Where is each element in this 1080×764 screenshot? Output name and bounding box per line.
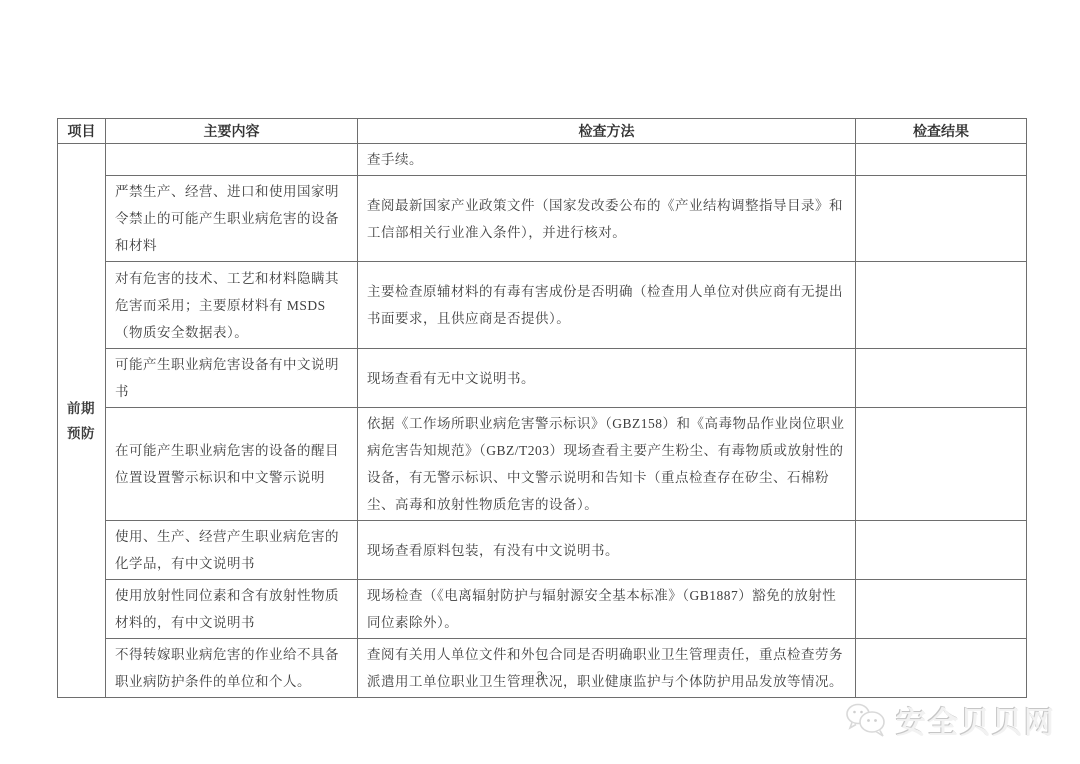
header-inspection-method: 检查方法 xyxy=(358,119,856,144)
table-row: 在可能产生职业病危害的设备的醒目位置设置警示标识和中文警示说明 依据《工作场所职… xyxy=(58,408,1027,521)
header-main-content: 主要内容 xyxy=(106,119,358,144)
cell-result xyxy=(856,176,1027,262)
cell-content: 对有危害的技术、工艺和材料隐瞒其危害而采用；主要原材料有 MSDS（物质安全数据… xyxy=(106,262,358,349)
cell-content xyxy=(106,144,358,176)
cell-result xyxy=(856,580,1027,639)
cell-content: 可能产生职业病危害设备有中文说明书 xyxy=(106,349,358,408)
cell-content: 严禁生产、经营、进口和使用国家明令禁止的可能产生职业病危害的设备和材料 xyxy=(106,176,358,262)
category-cell-early-prevention: 前期 预防 xyxy=(58,144,106,698)
table-row: 可能产生职业病危害设备有中文说明书 现场查看有无中文说明书。 xyxy=(58,349,1027,408)
scanned-document-page: { "table": { "headers": ["项目", "主要内容", "… xyxy=(0,0,1080,764)
cell-content: 使用、生产、经营产生职业病危害的化学品，有中文说明书 xyxy=(106,521,358,580)
cell-result xyxy=(856,408,1027,521)
table-row: 使用、生产、经营产生职业病危害的化学品，有中文说明书 现场查看原料包装，有没有中… xyxy=(58,521,1027,580)
cell-method: 现场查看有无中文说明书。 xyxy=(358,349,856,408)
cell-result xyxy=(856,262,1027,349)
table-row: 前期 预防 查手续。 xyxy=(58,144,1027,176)
cell-method: 主要检查原辅材料的有毒有害成份是否明确（检查用人单位对供应商有无提出书面要求，且… xyxy=(358,262,856,349)
cell-result xyxy=(856,349,1027,408)
cell-method: 查阅最新国家产业政策文件（国家发改委公布的《产业结构调整指导目录》和工信部相关行… xyxy=(358,176,856,262)
table-row: 对有危害的技术、工艺和材料隐瞒其危害而采用；主要原材料有 MSDS（物质安全数据… xyxy=(58,262,1027,349)
cell-result xyxy=(856,521,1027,580)
table-header-row: 项目 主要内容 检查方法 检查结果 xyxy=(58,119,1027,144)
watermark-text: 安全贝贝网 xyxy=(896,698,1056,742)
cell-method: 现场查看原料包装，有没有中文说明书。 xyxy=(358,521,856,580)
cell-result xyxy=(856,144,1027,176)
table-row: 使用放射性同位素和含有放射性物质材料的，有中文说明书 现场检查（《电离辐射防护与… xyxy=(58,580,1027,639)
cell-content: 使用放射性同位素和含有放射性物质材料的，有中文说明书 xyxy=(106,580,358,639)
category-line-2: 预防 xyxy=(67,421,96,446)
header-inspection-result: 检查结果 xyxy=(856,119,1027,144)
cell-content: 在可能产生职业病危害的设备的醒目位置设置警示标识和中文警示说明 xyxy=(106,408,358,521)
wechat-bubbles-icon xyxy=(844,701,888,739)
cell-method: 现场检查（《电离辐射防护与辐射源安全基本标准》（GB1887）豁免的放射性同位素… xyxy=(358,580,856,639)
cell-method: 查手续。 xyxy=(358,144,856,176)
watermark-logo: 安全贝贝网 xyxy=(844,698,1056,742)
cell-method: 依据《工作场所职业病危害警示标识》（GBZ158）和《高毒物品作业岗位职业病危害… xyxy=(358,408,856,521)
page-number: 3 xyxy=(0,668,1080,684)
category-line-1: 前期 xyxy=(67,396,96,421)
table-row: 严禁生产、经营、进口和使用国家明令禁止的可能产生职业病危害的设备和材料 查阅最新… xyxy=(58,176,1027,262)
inspection-checklist-table: 项目 主要内容 检查方法 检查结果 前期 预防 查手续。 严禁生产、经营、进口和… xyxy=(57,118,1027,698)
header-item: 项目 xyxy=(58,119,106,144)
